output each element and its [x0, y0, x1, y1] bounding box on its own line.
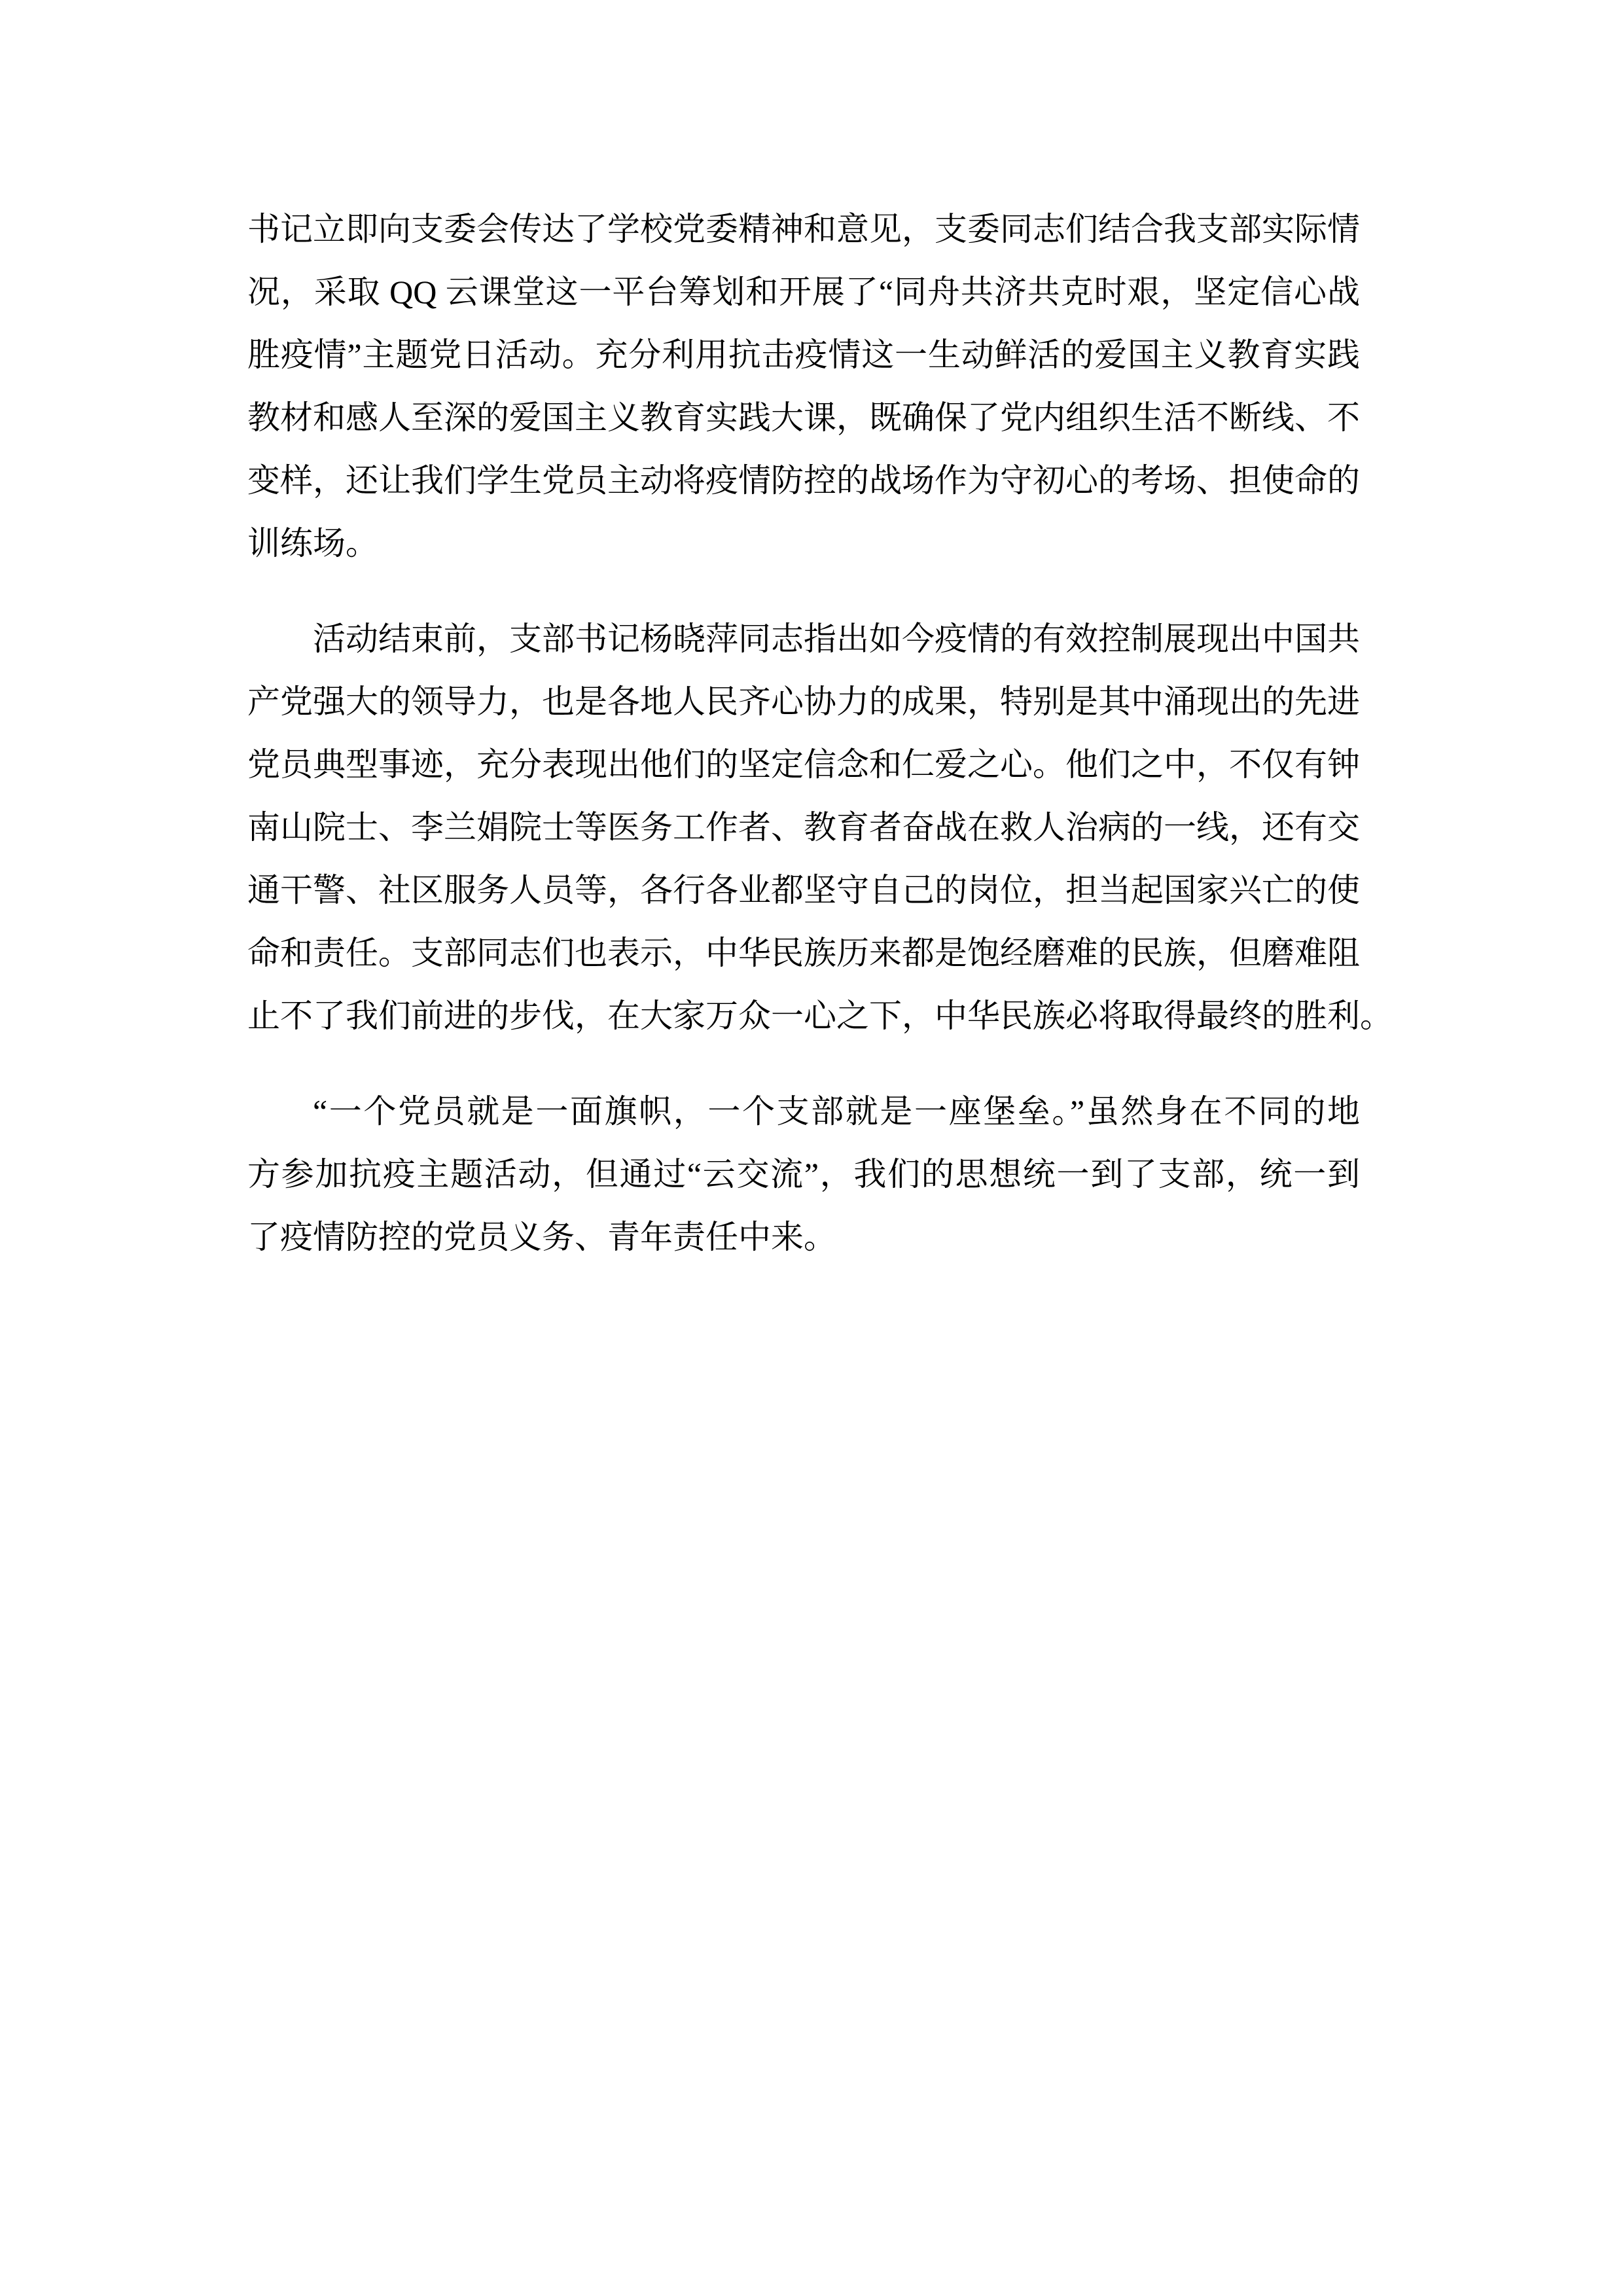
paragraph-3: “一个党员就是一面旗帜，一个支部就是一座堡垒。”虽然身在不同的地 方参加抗疫主题…: [247, 1080, 1360, 1268]
text-line: 书记立即向支委会传达了学校党委精神和意见，支委同志们结合我支部实际情: [247, 198, 1360, 260]
paragraph-2: 活动结束前，支部书记杨晓萍同志指出如今疫情的有效控制展现出中国共 产党强大的领导…: [247, 607, 1360, 1047]
text-line: 通干警、社区服务人员等，各行各业都坚守自己的岗位，担当起国家兴亡的使: [247, 859, 1360, 922]
text-line: 产党强大的领导力，也是各地人民齐心协力的成果，特别是其中涌现出的先进: [247, 670, 1360, 733]
text-line: 训练场。: [247, 512, 1360, 575]
text-line: 了疫情防控的党员义务、青年责任中来。: [247, 1206, 1360, 1268]
text-line: 命和责任。支部同志们也表示，中华民族历来都是饱经磨难的民族，但磨难阻: [247, 922, 1360, 984]
text-line: 方参加抗疫主题活动，但通过“云交流”，我们的思想统一到了支部，统一到: [247, 1143, 1360, 1206]
text-line: 活动结束前，支部书记杨晓萍同志指出如今疫情的有效控制展现出中国共: [247, 607, 1360, 670]
text-line: 变样，还让我们学生党员主动将疫情防控的战场作为守初心的考场、担使命的: [247, 449, 1360, 512]
text-line: 况，采取 QQ 云课堂这一平台筹划和开展了“同舟共济共克时艰，坚定信心战: [247, 260, 1360, 323]
text-line: “一个党员就是一面旗帜，一个支部就是一座堡垒。”虽然身在不同的地: [247, 1080, 1360, 1143]
paragraph-1: 书记立即向支委会传达了学校党委精神和意见，支委同志们结合我支部实际情 况，采取 …: [247, 198, 1360, 575]
text-line: 南山院士、李兰娟院士等医务工作者、教育者奋战在救人治病的一线，还有交: [247, 796, 1360, 859]
text-line: 教材和感人至深的爱国主义教育实践大课，既确保了党内组织生活不断线、不: [247, 386, 1360, 449]
document-page: 书记立即向支委会传达了学校党委精神和意见，支委同志们结合我支部实际情 况，采取 …: [0, 0, 1623, 2296]
text-line: 胜疫情”主题党日活动。充分利用抗击疫情这一生动鲜活的爱国主义教育实践: [247, 323, 1360, 386]
text-line: 党员典型事迹，充分表现出他们的坚定信念和仁爱之心。他们之中，不仅有钟: [247, 733, 1360, 796]
text-line: 止不了我们前进的步伐，在大家万众一心之下，中华民族必将取得最终的胜利。: [247, 984, 1360, 1047]
